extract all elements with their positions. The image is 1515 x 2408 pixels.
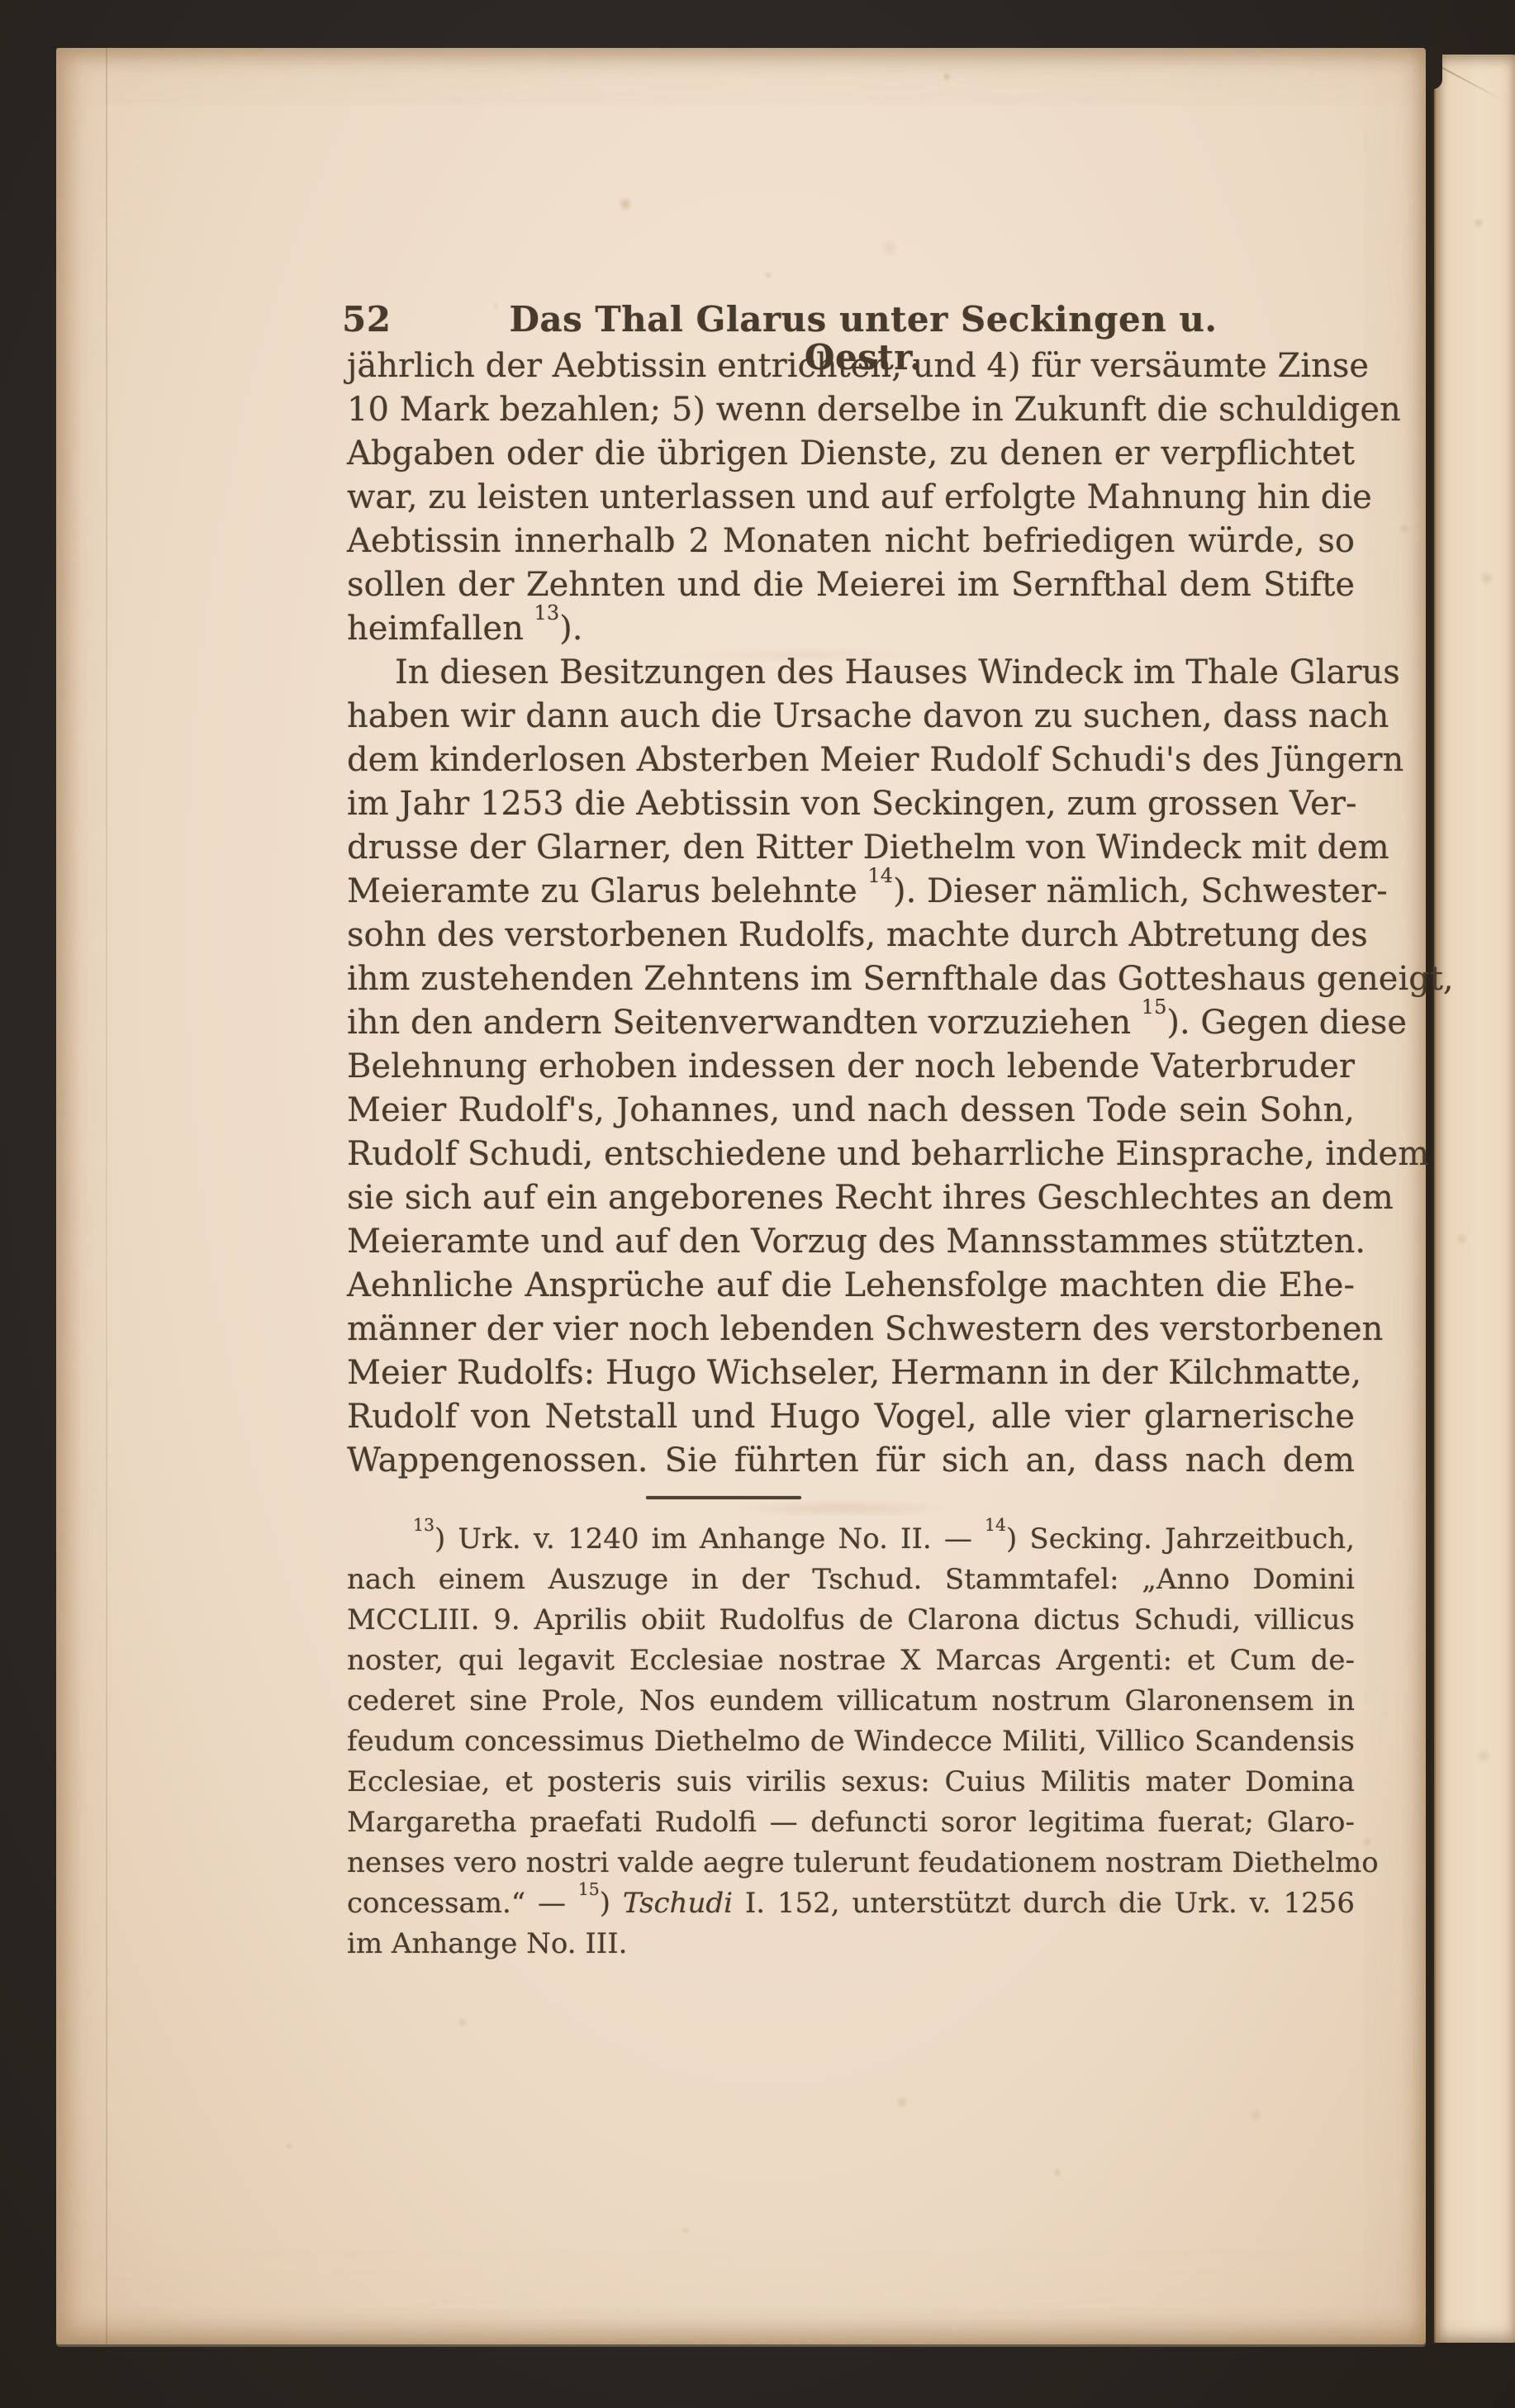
footnote-line: nenses vero nostri valde aegre tulerunt … [347,1843,1355,1883]
text-line: ihm zustehenden Zehntens im Sernfthale d… [347,957,1355,1001]
footnote-line: 13) Urk. v. 1240 im Anhange No. II. — 14… [347,1519,1355,1560]
footnote-number-14: 14 [985,1515,1006,1535]
text-line: sie sich auf ein angeborenes Recht ihres… [347,1176,1355,1220]
footnotes-block: 13) Urk. v. 1240 im Anhange No. II. — 14… [347,1519,1355,1964]
cited-author-italic: Tschudi [623,1887,733,1920]
text-segment: ) [600,1887,623,1920]
text-line: Belehnung erhoben indessen der noch lebe… [347,1045,1355,1089]
text-line: im Jahr 1253 die Aebtissin von Seckingen… [347,782,1355,826]
text-line: Wappengenossen. Sie führten für sich an,… [347,1439,1355,1483]
text-line: Rudolf von Netstall und Hugo Vogel, alle… [347,1395,1355,1439]
footnote-line: Margaretha praefati Rudolfi — defuncti s… [347,1802,1355,1843]
text-line: Aehnliche Ansprüche auf die Lehensfolge … [347,1264,1355,1308]
text-line: war, zu leisten unterlassen und auf erfo… [347,476,1355,520]
text-line-with-footnote-mark: heimfallen 13). [347,607,1355,651]
text-line: dem kinderlosen Absterben Meier Rudolf S… [347,739,1355,782]
text-line: Abgaben oder die übrigen Dienste, zu den… [347,432,1355,476]
text-segment: concessam.“ — [347,1887,578,1920]
photograph-of-book-page: { "page": { "number": "52", "running_hea… [0,0,1515,2408]
printed-content: 52 Das Thal Glarus unter Seckingen u. Oe… [347,48,1355,2344]
text-line: Rudolf Schudi, entschiedene und beharrli… [347,1133,1355,1176]
footnote-marker-13: 13 [534,601,560,625]
footnote-separator-rule [646,1496,801,1499]
text-line: drusse der Glarner, den Ritter Diethelm … [347,826,1355,870]
page-number: 52 [342,301,391,339]
text-segment: ihn den andern Seitenverwandten vorzuzie… [347,1004,1142,1042]
text-line-with-footnote-mark: ihn den andern Seitenverwandten vorzuzie… [347,1001,1355,1045]
text-segment: heimfallen [347,610,534,648]
footnote-line: MCCLIII. 9. Aprilis obiit Rudolfus de Cl… [347,1600,1355,1641]
footnote-marker-14: 14 [867,864,893,887]
running-header-row: 52 Das Thal Glarus unter Seckingen u. Oe… [347,301,1280,340]
text-segment: Meieramte zu Glarus belehnte [347,872,867,910]
footnote-line: concessam.“ — 15) Tschudi I. 152, unters… [347,1883,1355,1924]
footnote-line: nach einem Auszuge in der Tschud. Stammt… [347,1560,1355,1600]
paragraph-2: In diesen Besitzungen des Hauses Windeck… [347,651,1355,1483]
footnote-line: cederet sine Prole, Nos eundem villicatu… [347,1681,1355,1722]
book-page: 52 Das Thal Glarus unter Seckingen u. Oe… [56,48,1426,2344]
text-line: Meier Rudolf's, Johannes, und nach desse… [347,1089,1355,1133]
text-line: männer der vier noch lebenden Schwestern… [347,1308,1355,1351]
footnote-line: im Anhange No. III. [347,1924,1355,1964]
text-line: sollen der Zehnten und die Meierei im Se… [347,563,1355,607]
text-line: Meier Rudolfs: Hugo Wichseler, Hermann i… [347,1351,1355,1395]
text-segment: ). [559,610,582,648]
footnote-marker-15: 15 [1142,995,1167,1019]
paragraph-1: jährlich der Aebtissin entrichten, und 4… [347,344,1355,651]
text-line: haben wir dann auch die Ursache davon zu… [347,695,1355,739]
text-line-with-footnote-mark: Meieramte zu Glarus belehnte 14). Dieser… [347,870,1355,914]
footnote-line: feudum concessimus Diethelmo de Windecce… [347,1722,1355,1762]
text-segment: ) Urk. v. 1240 im Anhange No. II. — [435,1522,985,1555]
text-line: Meieramte und auf den Vorzug des Mannsst… [347,1220,1355,1264]
text-segment: ) Secking. Jahrzeitbuch, [1006,1522,1355,1555]
text-line: In diesen Besitzungen des Hauses Windeck… [347,651,1355,695]
footnote-number-13: 13 [413,1515,435,1535]
footnote-line: noster, qui legavit Ecclesiae nostrae X … [347,1641,1355,1681]
text-line: Aebtissin innerhalb 2 Monaten nicht befr… [347,520,1355,563]
text-segment: I. 152, unterstützt durch die Urk. v. 12… [733,1887,1355,1920]
text-segment: ). Gegen diese [1166,1004,1407,1042]
body-text: jährlich der Aebtissin entrichten, und 4… [347,344,1355,1483]
text-line: jährlich der Aebtissin entrichten, und 4… [347,344,1355,388]
next-page-edge [1434,55,1515,2343]
footnote-line: Ecclesiae, et posteris suis virilis sexu… [347,1762,1355,1802]
text-line: sohn des verstorbenen Rudolfs, machte du… [347,914,1355,957]
text-line: 10 Mark bezahlen; 5) wenn derselbe in Zu… [347,388,1355,432]
text-segment: ). Dieser nämlich, Schwester- [893,872,1388,910]
footnote-number-15: 15 [578,1879,600,1899]
